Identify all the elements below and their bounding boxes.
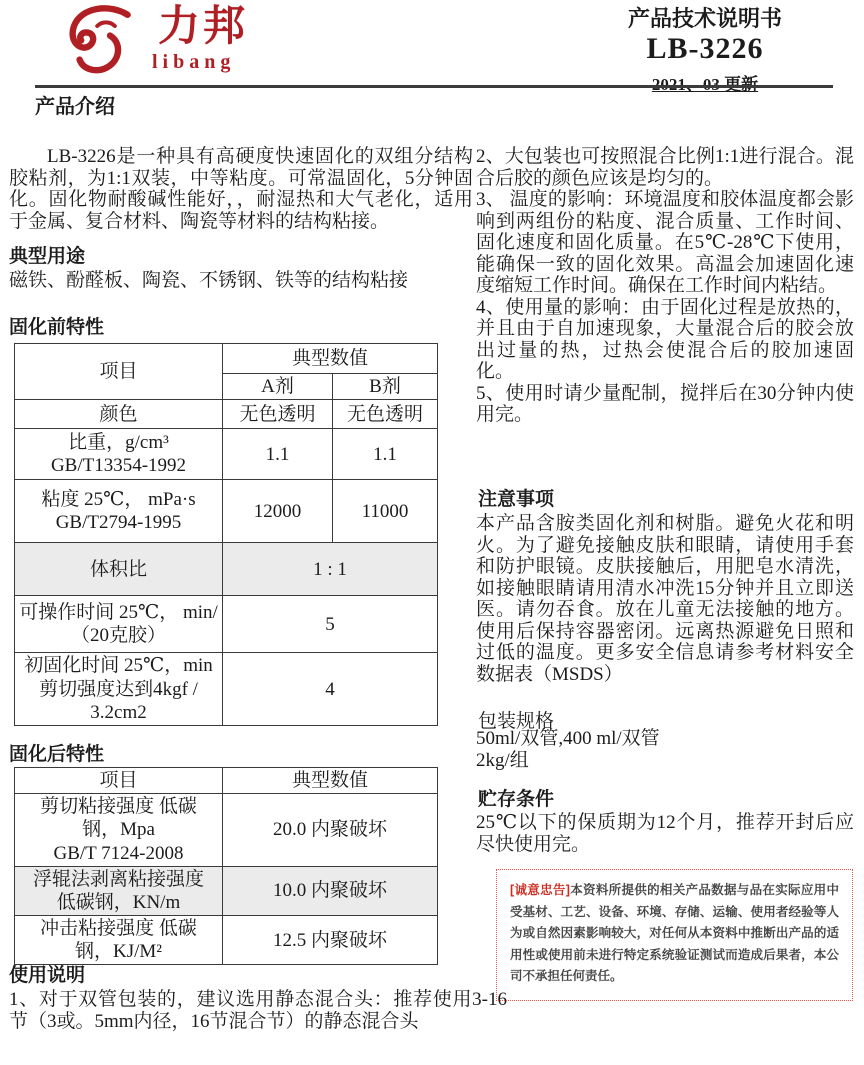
packaging-line: 50ml/双管,400 ml/双管 xyxy=(476,728,660,750)
cell-value-merged: 1 : 1 xyxy=(223,543,438,596)
note-item-4: 4、使用量的影响：由于固化过程是放热的，并且由于自加速现象，大量混合后的胶会放出… xyxy=(476,297,854,383)
brand-name-en: libang xyxy=(152,52,235,72)
uses-paragraph: 磁铁、酚醛板、陶瓷、不锈钢、铁等的结构粘接 xyxy=(9,270,473,292)
pre-cure-table: 项目 典型数值 A剂 B剂 颜色 无色透明 无色透明 比重，g/cm³ GB/T… xyxy=(14,343,438,726)
doc-type-title: 产品技术说明书 xyxy=(580,6,830,32)
header-cell-item: 项目 xyxy=(15,344,223,400)
cell-label: 可操作时间 25℃， min/ （20克胶） xyxy=(15,596,223,653)
cell-label: 剪切粘接强度 低碳 钢，Mpa GB/T 7124-2008 xyxy=(15,794,223,867)
section-title-intro: 产品介绍 xyxy=(35,96,115,118)
brand-name-cn: 力邦 xyxy=(158,6,248,48)
cell-value: 10.0 内聚破坏 xyxy=(223,866,438,915)
page-root: 力邦 libang 产品技术说明书 LB-3226 2021、03 更新 产品介… xyxy=(0,0,864,1065)
table-row: 项目 典型数值 xyxy=(15,344,438,374)
cell-value-a: 无色透明 xyxy=(223,400,333,429)
cell-value: 12.5 内聚破坏 xyxy=(223,916,438,965)
table-row: 粘度 25℃， mPa·s GB/T2794-1995 12000 11000 xyxy=(15,480,438,543)
cell-label: 冲击粘接强度 低碳 钢，KJ/M² xyxy=(15,916,223,965)
section-title-uses: 典型用途 xyxy=(9,247,85,268)
cell-value-merged: 5 xyxy=(223,596,438,653)
post-cure-table: 项目 典型数值 剪切粘接强度 低碳 钢，Mpa GB/T 7124-2008 2… xyxy=(14,767,438,965)
cell-value-merged: 4 xyxy=(223,653,438,726)
table-row: 冲击粘接强度 低碳 钢，KJ/M² 12.5 内聚破坏 xyxy=(15,916,438,965)
header-cell-typical: 典型数值 xyxy=(223,344,438,374)
header-cell-item: 项目 xyxy=(15,768,223,794)
section-title-storage: 贮存条件 xyxy=(478,790,554,811)
header-title-block: 产品技术说明书 LB-3226 2021、03 更新 xyxy=(580,6,830,95)
disclaimer-tag: [诚意忠告] xyxy=(510,883,570,897)
storage-paragraph: 25℃以下的保质期为12个月，推荐开封后应尽快使用完。 xyxy=(476,812,854,855)
cell-label: 体积比 xyxy=(15,543,223,596)
cell-label: 粘度 25℃， mPa·s GB/T2794-1995 xyxy=(15,480,223,543)
section-title-post-cure: 固化后特性 xyxy=(9,745,104,766)
cell-label: 比重，g/cm³ GB/T13354-1992 xyxy=(15,429,223,480)
mixing-notes-list: 2、大包装也可按照混合比例1:1进行混合。混合后胶的颜色应该是均匀的。 3、 温… xyxy=(476,146,854,426)
usage-paragraph: 1、对于双管包装的，建议选用静态混合头：推荐使用3-16节（3或。5mm内径，1… xyxy=(9,989,507,1033)
brand-logo xyxy=(62,2,142,87)
table-row: 项目 典型数值 xyxy=(15,768,438,794)
header-cell-typical: 典型数值 xyxy=(223,768,438,794)
table-row: 剪切粘接强度 低碳 钢，Mpa GB/T 7124-2008 20.0 内聚破坏 xyxy=(15,794,438,867)
cell-value-a: 1.1 xyxy=(223,429,333,480)
cell-value-b: 无色透明 xyxy=(333,400,438,429)
table-row: 初固化时间 25℃，min 剪切强度达到4kgf / 3.2cm2 4 xyxy=(15,653,438,726)
header-cell-a: A剂 xyxy=(223,374,333,400)
section-title-pre-cure: 固化前特性 xyxy=(9,318,104,339)
note-item-5: 5、使用时请少量配制，搅拌后在30分钟内使用完。 xyxy=(476,383,854,426)
packaging-lines: 50ml/双管,400 ml/双管 2kg/组 xyxy=(476,728,660,772)
intro-paragraph: LB-3226是一种具有高硬度快速固化的双组分结构胶粘剂，为1:1双装，中等粘度… xyxy=(9,146,473,232)
revision-date: 2021、03 更新 xyxy=(580,70,830,95)
cell-value-b: 11000 xyxy=(333,480,438,543)
table-row: 颜色 无色透明 无色透明 xyxy=(15,400,438,429)
header-rule xyxy=(35,85,833,88)
model-number: LB-3226 xyxy=(580,32,830,67)
section-title-usage: 使用说明 xyxy=(9,966,85,987)
table-row: 比重，g/cm³ GB/T13354-1992 1.1 1.1 xyxy=(15,429,438,480)
table-row: 浮辊法剥离粘接强度 低碳钢，KN/m 10.0 内聚破坏 xyxy=(15,866,438,915)
cell-label: 初固化时间 25℃，min 剪切强度达到4kgf / 3.2cm2 xyxy=(15,653,223,726)
cell-value: 20.0 内聚破坏 xyxy=(223,794,438,867)
cell-value-b: 1.1 xyxy=(333,429,438,480)
header-cell-b: B剂 xyxy=(333,374,438,400)
cell-label: 颜色 xyxy=(15,400,223,429)
disclaimer-box: [诚意忠告]本资料所提供的相关产品数据与品在实际应用中受基材、工艺、设备、环境、… xyxy=(496,869,853,1001)
table-row: 体积比 1 : 1 xyxy=(15,543,438,596)
cell-label: 浮辊法剥离粘接强度 低碳钢，KN/m xyxy=(15,866,223,915)
table-row: 可操作时间 25℃， min/ （20克胶） 5 xyxy=(15,596,438,653)
note-item-3: 3、 温度的影响：环境温度和胶体温度都会影响到两组份的粘度、混合质量、工作时间、… xyxy=(476,189,854,297)
note-item-2: 2、大包装也可按照混合比例1:1进行混合。混合后胶的颜色应该是均匀的。 xyxy=(476,146,854,189)
disclaimer-text: 本资料所提供的相关产品数据与品在实际应用中受基材、工艺、设备、环境、存储、运输、… xyxy=(510,883,839,983)
cell-value-a: 12000 xyxy=(223,480,333,543)
bird-swirl-icon xyxy=(62,2,142,82)
packaging-line: 2kg/组 xyxy=(476,750,660,772)
section-title-notice: 注意事项 xyxy=(478,490,554,511)
notice-paragraph: 本产品含胺类固化剂和树脂。避免火花和明火。为了避免接触皮肤和眼睛，请使用手套和防… xyxy=(476,513,854,685)
